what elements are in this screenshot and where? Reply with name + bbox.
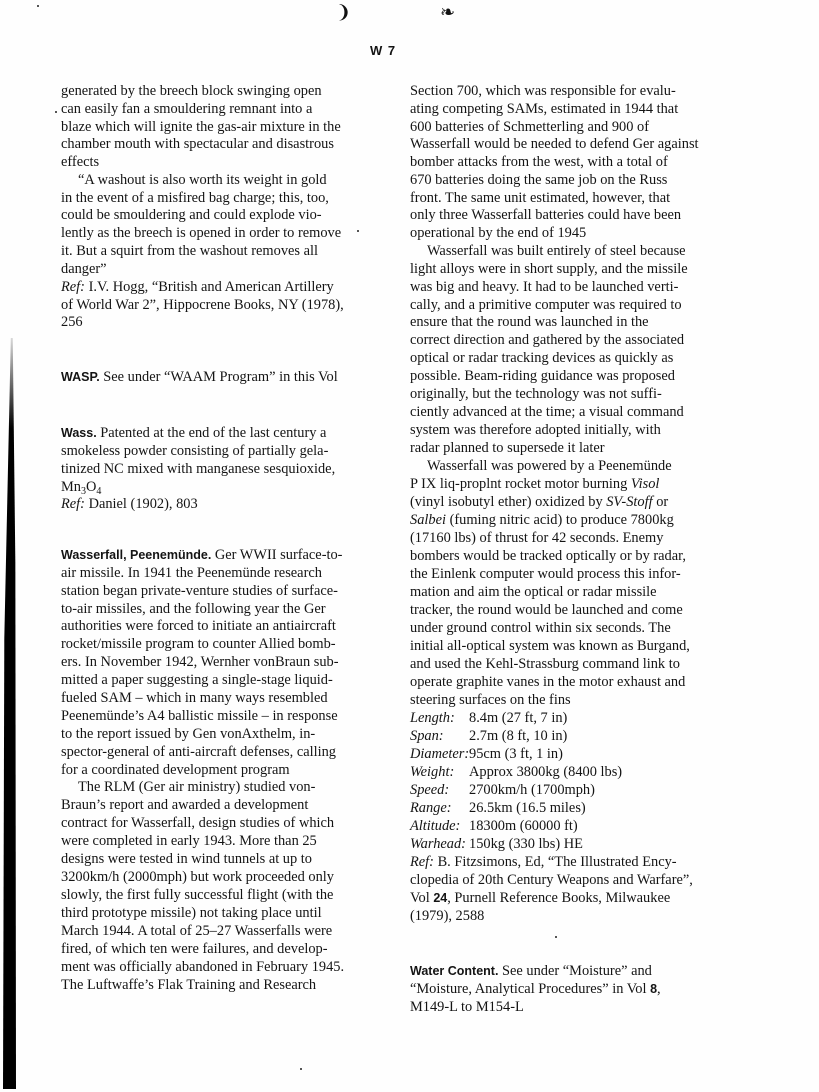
scan-speck [300, 1068, 302, 1070]
text-line: tracker, the round would be launched and… [410, 601, 683, 619]
text-line: air missile. In 1941 the Peenemünde rese… [61, 564, 322, 582]
entry-water-content: Water Content. See under “Moisture” and [410, 962, 652, 980]
text-line: designs were tested in wind tunnels at u… [61, 850, 312, 868]
entry-text: See under “Moisture” and [498, 963, 651, 979]
italic-term: SV-Stoff [606, 494, 652, 510]
text-line: for a coordinated development program [61, 761, 290, 779]
text-line: and used the Kehl-Strassburg command lin… [410, 655, 680, 673]
text-span: P IX liq-proplnt rocket motor burning [410, 476, 631, 492]
entry-text: See under “WAAM Program” in this Vol [100, 369, 338, 385]
ref-label: Ref: [61, 496, 85, 512]
text-span: (vinyl isobutyl ether) oxidized by [410, 494, 606, 510]
spec-value: Approx 3800kg (8400 lbs) [469, 764, 622, 780]
scan-speck [357, 230, 359, 232]
italic-term: Visol [631, 476, 660, 492]
reference-line: 256 [61, 313, 83, 331]
spec-row: Diameter:95cm (3 ft, 1 in) [410, 745, 563, 763]
text-line: ensure that the round was launched in th… [410, 313, 649, 331]
page-number: W 7 [370, 43, 396, 58]
reference-line: Ref: Daniel (1902), 803 [61, 495, 198, 513]
reference-line: clopedia of 20th Century Weapons and War… [410, 871, 693, 889]
text-line: Wasserfall was powered by a Peenemünde [427, 457, 672, 475]
spec-label: Speed: [410, 781, 469, 799]
text-line: rocket/missile program to counter Allied… [61, 635, 336, 653]
ref-text: Daniel (1902), 803 [85, 496, 198, 512]
spec-row: Speed:2700km/h (1700mph) [410, 781, 595, 799]
entry-heading: Water Content. [410, 964, 498, 978]
text-line: fueled SAM – which in many ways resemble… [61, 689, 328, 707]
text-line: to-air missiles, and the following year … [61, 600, 326, 618]
text-line: steering surfaces on the fins [410, 691, 571, 709]
text-line: optical or radar tracking devices as qui… [410, 349, 673, 367]
text-line: The Luftwaffe’s Flak Training and Resear… [61, 976, 316, 994]
top-scan-mark-right: ❧ [440, 2, 455, 23]
entry-heading: Wass. [61, 426, 97, 440]
spec-label: Altitude: [410, 817, 469, 835]
text-line: Wasserfall would be needed to defend Ger… [410, 135, 699, 153]
text-line: chamber mouth with spectacular and disas… [61, 135, 334, 153]
ref-label: Ref: [61, 279, 85, 295]
spec-value: 150kg (330 lbs) HE [469, 836, 583, 852]
reference-line: Vol 24, Purnell Reference Books, Milwauk… [410, 889, 670, 907]
document-page: ❩ ❧ W 7 generated by the breech block sw… [0, 0, 819, 1092]
text-span: or [653, 494, 669, 510]
text-line: ating competing SAMs, estimated in 1944 … [410, 100, 678, 118]
text-line: front. The same unit estimated, however,… [410, 189, 670, 207]
spec-row: Length:8.4m (27 ft, 7 in) [410, 709, 567, 727]
quote-line: “A washout is also worth its weight in g… [78, 171, 327, 189]
text-line: spector-general of anti-aircraft defense… [61, 743, 336, 761]
reference-line: (1979), 2588 [410, 907, 484, 925]
text-line: the Einlenk computer would process this … [410, 565, 681, 583]
text-line: operate graphite vanes in the motor exha… [410, 673, 685, 691]
text-line: “Moisture, Analytical Procedures” in Vol… [410, 980, 661, 998]
reference-line: Ref: I.V. Hogg, “British and American Ar… [61, 278, 334, 296]
text-line: ment was officially abandoned in Februar… [61, 958, 344, 976]
ref-label: Ref: [410, 854, 434, 870]
text-span: , Purnell Reference Books, Milwaukee [447, 890, 670, 906]
text-line: Section 700, which was responsible for e… [410, 82, 676, 100]
text-line: slowly, the first fully successful fligh… [61, 886, 333, 904]
spec-label: Span: [410, 727, 469, 745]
text-line: was big and heavy. It had to be launched… [410, 278, 678, 296]
text-line: generated by the breech block swinging o… [61, 82, 322, 100]
entry-text: Ger WWII surface-to- [211, 547, 342, 563]
text-line: ciently advanced at the time; a visual c… [410, 403, 684, 421]
spec-value: 18300m (60000 ft) [469, 818, 578, 834]
text-line: contract for Wasserfall, design studies … [61, 814, 334, 832]
text-line: station began private-venture studies of… [61, 582, 338, 600]
quote-line: in the event of a misfired bag charge; t… [61, 189, 329, 207]
text-line: Braun’s report and awarded a development [61, 796, 308, 814]
text-span: Vol [410, 890, 433, 906]
formula-element: O [86, 479, 96, 495]
text-line: authorities were forced to initiate an a… [61, 617, 336, 635]
text-line: light alloys were in short supply, and t… [410, 260, 688, 278]
spec-value: 95cm (3 ft, 1 in) [469, 746, 563, 762]
ref-text: I.V. Hogg, “British and American Artille… [85, 279, 334, 295]
text-line: mation and aim the optical or radar miss… [410, 583, 657, 601]
text-line: Wasserfall was built entirely of steel b… [427, 242, 686, 260]
text-line: The RLM (Ger air ministry) studied von- [78, 778, 315, 796]
formula-element: Mn [61, 479, 81, 495]
entry-wasp: WASP. See under “WAAM Program” in this V… [61, 368, 338, 386]
text-line: (vinyl isobutyl ether) oxidized by SV-St… [410, 493, 668, 511]
text-line: under ground control within six seconds.… [410, 619, 671, 637]
spec-row: Span:2.7m (8 ft, 10 in) [410, 727, 567, 745]
text-line: Peenemünde’s A4 ballistic missile – in r… [61, 707, 338, 725]
spec-label: Warhead: [410, 835, 469, 853]
scan-speck [555, 936, 557, 938]
text-line: effects [61, 153, 99, 171]
reference-line: Ref: B. Fitzsimons, Ed, “The Illustrated… [410, 853, 677, 871]
entry-wass: Wass. Patented at the end of the last ce… [61, 424, 326, 442]
entry-wasserfall: Wasserfall, Peenemünde. Ger WWII surface… [61, 546, 342, 564]
spec-row: Altitude:18300m (60000 ft) [410, 817, 578, 835]
text-line: tinized NC mixed with manganese sesquiox… [61, 460, 335, 478]
spec-row: Weight:Approx 3800kg (8400 lbs) [410, 763, 622, 781]
scan-speck [55, 111, 57, 113]
spec-row: Warhead:150kg (330 lbs) HE [410, 835, 583, 853]
text-line: 600 batteries of Schmetterling and 900 o… [410, 118, 649, 136]
spec-row: Range:26.5km (16.5 miles) [410, 799, 586, 817]
reference-line: of World War 2”, Hippocrene Books, NY (1… [61, 296, 344, 314]
text-line: were completed in early 1943. More than … [61, 832, 317, 850]
quote-line: it. But a squirt from the washout remove… [61, 242, 318, 260]
quote-line: lently as the breech is opened in order … [61, 224, 341, 242]
ref-text: B. Fitzsimons, Ed, “The Illustrated Ency… [434, 854, 677, 870]
text-line: possible. Beam-riding guidance was propo… [410, 367, 675, 385]
scan-edge-shadow [3, 338, 16, 1089]
entry-heading: Wasserfall, Peenemünde. [61, 548, 211, 562]
scan-speck [37, 5, 39, 7]
text-line: only three Wasserfall batteries could ha… [410, 206, 681, 224]
quote-line: danger” [61, 260, 107, 278]
text-line: can easily fan a smouldering remnant int… [61, 100, 312, 118]
text-line: M149-L to M154-L [410, 998, 524, 1016]
text-line: smokeless powder consisting of partially… [61, 442, 328, 460]
text-line: bombers would be tracked optically or by… [410, 547, 686, 565]
text-span: , [657, 981, 661, 997]
text-line: originally, but the technology was not s… [410, 385, 662, 403]
text-span: “Moisture, Analytical Procedures” in Vol [410, 981, 650, 997]
text-line: bomber attacks from the west, with a tot… [410, 153, 668, 171]
spec-label: Length: [410, 709, 469, 727]
text-line: ers. In November 1942, Wernher vonBraun … [61, 653, 339, 671]
text-line: initial all-optical system was known as … [410, 637, 690, 655]
volume-number: 8 [650, 982, 657, 996]
top-scan-mark-left: ❩ [336, 2, 351, 23]
text-line: correct direction and gathered by the as… [410, 331, 684, 349]
text-line: mitted a paper suggesting a single-stage… [61, 671, 333, 689]
text-line: Salbei (fuming nitric acid) to produce 7… [410, 511, 674, 529]
spec-label: Weight: [410, 763, 469, 781]
text-line: cally, and a primitive computer was requ… [410, 296, 682, 314]
spec-label: Diameter: [410, 745, 469, 763]
text-line: (17160 lbs) of thrust for 42 seconds. En… [410, 529, 663, 547]
text-line: March 1944. A total of 25–27 Wasserfalls… [61, 922, 332, 940]
spec-value: 8.4m (27 ft, 7 in) [469, 710, 567, 726]
text-line: 670 batteries doing the same job on the … [410, 171, 667, 189]
text-line: operational by the end of 1945 [410, 224, 586, 242]
text-line: system was therefore adopted initially, … [410, 421, 661, 439]
spec-value: 2.7m (8 ft, 10 in) [469, 728, 567, 744]
spec-label: Range: [410, 799, 469, 817]
text-line: third prototype missile) not taking plac… [61, 904, 322, 922]
entry-text: Patented at the end of the last century … [97, 425, 327, 441]
text-line: P IX liq-proplnt rocket motor burning Vi… [410, 475, 659, 493]
spec-value: 26.5km (16.5 miles) [469, 800, 586, 816]
text-line: blaze which will ignite the gas-air mixt… [61, 118, 341, 136]
quote-line: could be smouldering and could explode v… [61, 206, 322, 224]
text-line: fired, of which ten were failures, and d… [61, 940, 328, 958]
entry-heading: WASP. [61, 370, 100, 384]
volume-number: 24 [433, 891, 447, 905]
text-line: to the report issued by Gen vonAxthelm, … [61, 725, 315, 743]
text-line: radar planned to supersede it later [410, 439, 605, 457]
text-span: (fuming nitric acid) to produce 7800kg [446, 512, 674, 528]
spec-value: 2700km/h (1700mph) [469, 782, 595, 798]
italic-term: Salbei [410, 512, 446, 528]
text-line: 3200km/h (2000mph) but work proceeded on… [61, 868, 334, 886]
